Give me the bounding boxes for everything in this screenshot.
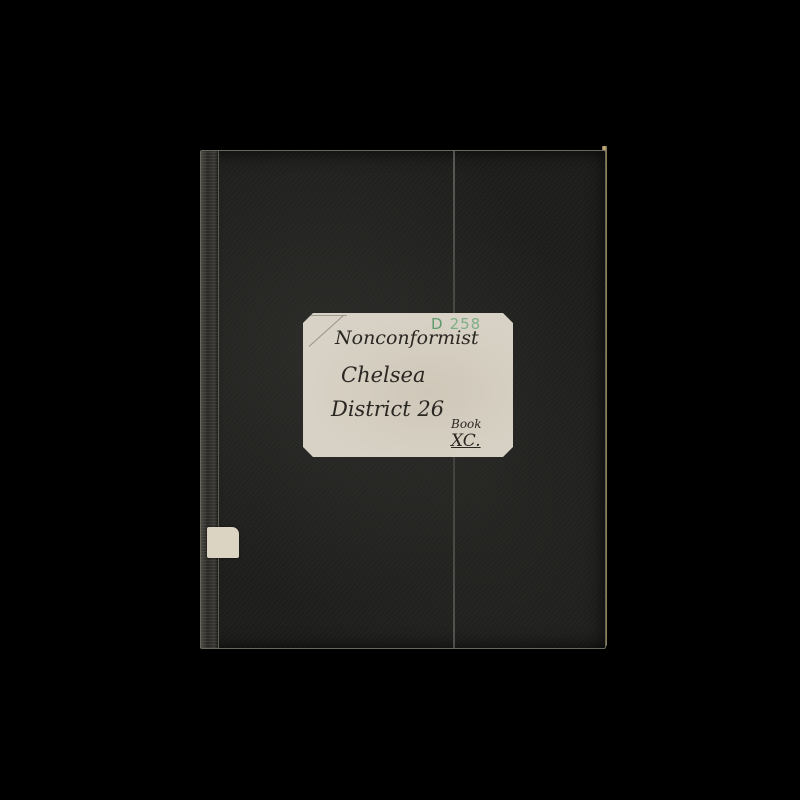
label-book-caption: Book (451, 417, 482, 431)
spine (201, 151, 219, 648)
notebook-cover: D258 Nonconformist Chelsea District 26 B… (200, 150, 606, 649)
spine-tag (207, 527, 239, 558)
label-denomination: Nonconformist (335, 327, 479, 349)
cover-label: D258 Nonconformist Chelsea District 26 B… (303, 313, 513, 457)
label-area: Chelsea (341, 363, 425, 387)
label-book-number: XC. (451, 431, 481, 451)
label-district: District 26 (331, 397, 444, 421)
